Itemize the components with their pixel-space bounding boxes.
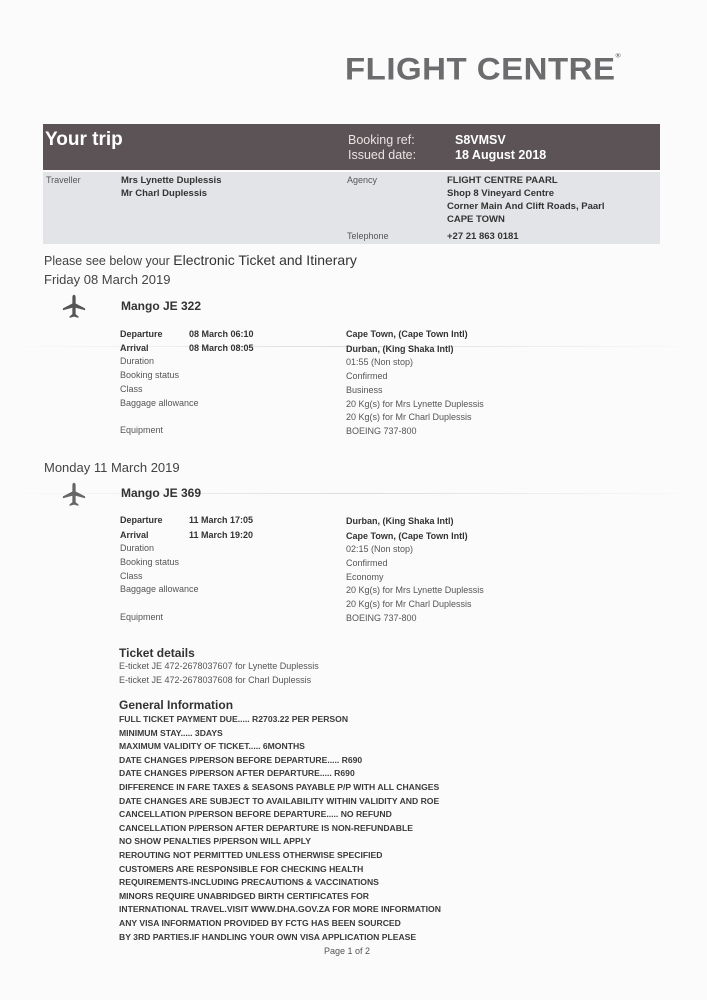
general-info-line: CUSTOMERS ARE RESPONSIBLE FOR CHECKING H… [119,864,441,878]
departure-label: Departure [120,329,163,339]
general-info-line: DATE CHANGES P/PERSON AFTER DEPARTURE...… [119,768,441,782]
flight-date: Friday 08 March 2019 [44,272,170,287]
arrival-label: Arrival [120,343,149,353]
traveller-name: Mrs Lynette Duplessis [121,174,221,187]
agency-line: CAPE TOWN [447,213,604,226]
general-info-line: DIFFERENCE IN FARE TAXES & SEASONS PAYAB… [119,782,441,796]
departure-place: Cape Town, (Cape Town Intl) [346,329,468,339]
traveller-list: Mrs Lynette Duplessis Mr Charl Duplessis [121,174,221,200]
equipment-value: BOEING 737-800 [346,426,417,436]
duration-label: Duration [120,356,154,366]
ticket-details-heading: Ticket details [119,646,195,660]
equipment-label: Equipment [120,612,163,622]
flight-title: Mango JE 322 [121,299,201,313]
general-info-line: REQUIREMENTS-INCLUDING PRECAUTIONS & VAC… [119,877,441,891]
page-title: Your trip [45,129,123,151]
intro-emphasis: Electronic Ticket and Itinerary [173,252,357,268]
airplane-icon [60,293,88,321]
baggage-label: Baggage allowance [120,584,199,594]
arrival-time: 11 March 19:20 [189,530,253,540]
general-info-line: MAXIMUM VALIDITY OF TICKET..... 6MONTHS [119,741,441,755]
page-number: Page 1 of 2 [324,946,370,956]
trip-header-bar [43,124,660,170]
issued-date-value: 18 August 2018 [455,148,546,162]
eticket-line: E-ticket JE 472-2678037607 for Lynette D… [119,661,319,671]
equipment-label: Equipment [120,425,163,435]
general-info-line: MINIMUM STAY..... 3DAYS [119,728,441,742]
class-label: Class [120,571,143,581]
departure-place: Durban, (King Shaka Intl) [346,516,454,526]
booking-ref-label: Booking ref: [348,133,415,147]
general-info-list: FULL TICKET PAYMENT DUE..... R2703.22 PE… [119,714,441,945]
duration-value: 02:15 (Non stop) [346,544,413,554]
baggage-value: 20 Kg(s) for Mr Charl Duplessis [346,412,472,422]
general-info-heading: General Information [119,698,233,712]
arrival-place: Cape Town, (Cape Town Intl) [346,531,468,541]
duration-value: 01:55 (Non stop) [346,357,413,367]
logo-text: FLIGHT CENTRE [345,51,615,86]
telephone-value: +27 21 863 0181 [447,230,519,243]
flight-date: Monday 11 March 2019 [44,460,180,475]
general-info-line: NO SHOW PENALTIES P/PERSON WILL APPLY [119,836,441,850]
departure-label: Departure [120,515,163,525]
equipment-value: BOEING 737-800 [346,613,417,623]
traveller-label: Traveller [46,175,81,185]
issued-date-label: Issued date: [348,148,416,162]
arrival-label: Arrival [120,530,149,540]
baggage-value: 20 Kg(s) for Mrs Lynette Duplessis [346,585,484,595]
agency-line: Corner Main And Clift Roads, Paarl [447,200,604,213]
flight-centre-logo: FLIGHT CENTRE® [345,51,621,87]
baggage-value: 20 Kg(s) for Mr Charl Duplessis [346,599,472,609]
class-value: Economy [346,572,384,582]
agency-line: FLIGHT CENTRE PAARL [447,174,604,187]
booking-status-label: Booking status [120,557,179,567]
paper-fold [0,346,707,347]
departure-time: 11 March 17:05 [189,515,253,525]
general-info-line: REROUTING NOT PERMITTED UNLESS OTHERWISE… [119,850,441,864]
general-info-line: FULL TICKET PAYMENT DUE..... R2703.22 PE… [119,714,441,728]
booking-status-value: Confirmed [346,558,388,568]
booking-status-label: Booking status [120,370,179,380]
intro-text: Please see below your Electronic Ticket … [44,252,357,268]
agency-label: Agency [347,175,377,185]
general-info-line: INTERNATIONAL TRAVEL.VISIT WWW.DHA.GOV.Z… [119,904,441,918]
general-info-line: MINORS REQUIRE UNABRIDGED BIRTH CERTIFIC… [119,891,441,905]
baggage-label: Baggage allowance [120,398,199,408]
airplane-icon [60,481,88,509]
traveller-name: Mr Charl Duplessis [121,187,221,200]
agency-line: Shop 8 Vineyard Centre [447,187,604,200]
paper-fold [0,493,707,494]
agency-address: FLIGHT CENTRE PAARL Shop 8 Vineyard Cent… [447,174,604,226]
duration-label: Duration [120,543,154,553]
general-info-line: ANY VISA INFORMATION PROVIDED BY FCTG HA… [119,918,441,932]
departure-time: 08 March 06:10 [189,329,254,339]
telephone-label: Telephone [347,231,389,241]
general-info-line: CANCELLATION P/PERSON AFTER DEPARTURE IS… [119,823,441,837]
general-info-line: DATE CHANGES ARE SUBJECT TO AVAILABILITY… [119,796,441,810]
eticket-line: E-ticket JE 472-2678037608 for Charl Dup… [119,675,311,685]
arrival-time: 08 March 08:05 [189,343,254,353]
baggage-value: 20 Kg(s) for Mrs Lynette Duplessis [346,399,484,409]
general-info-line: DATE CHANGES P/PERSON BEFORE DEPARTURE..… [119,755,441,769]
registered-mark: ® [615,53,621,60]
booking-ref-value: S8VMSV [455,133,506,147]
booking-status-value: Confirmed [346,371,388,381]
general-info-line: BY 3RD PARTIES.IF HANDLING YOUR OWN VISA… [119,932,441,946]
general-info-line: CANCELLATION P/PERSON BEFORE DEPARTURE..… [119,809,441,823]
class-label: Class [120,384,143,394]
intro-prefix: Please see below your [44,254,173,268]
class-value: Business [346,385,383,395]
